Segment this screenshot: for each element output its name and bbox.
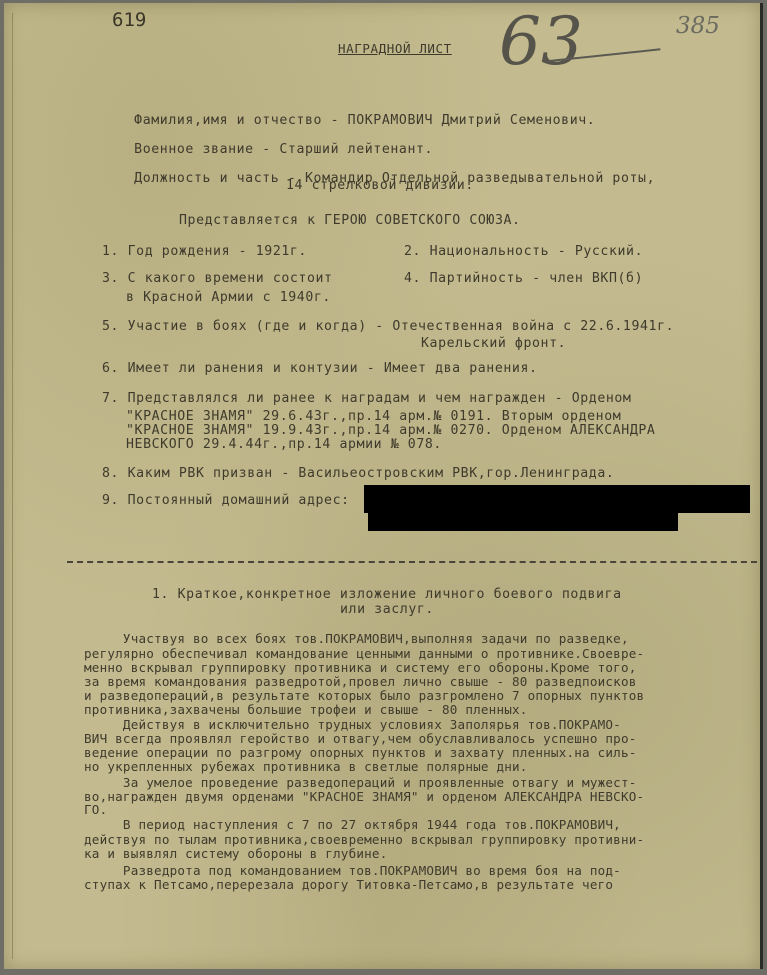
award-sheet-page: 619 НАГРАДНОЙ ЛИСТ 63 385 Фамилия,имя и … xyxy=(4,3,763,969)
nomination-line: Представляется к ГЕРОЮ СОВЕТСКОГО СОЮЗА. xyxy=(179,213,521,228)
narrative-line: менно вскрывал группировку противника и … xyxy=(84,660,637,675)
narrative-line: Действуя в исключительно трудных условия… xyxy=(84,717,621,732)
narrative-line: противника,захвачены большие трофеи и св… xyxy=(84,702,528,717)
narrative-line: ка и выявлял систему обороны в глубине. xyxy=(84,846,388,861)
item-7: 7. Представлялся ли ранее к наградам и ч… xyxy=(102,391,631,406)
item-9: 9. Постоянный домашний адрес: xyxy=(102,493,350,508)
item-6: 6. Имеет ли ранения и контузии - Имеет д… xyxy=(102,361,538,376)
field-value: ПОКРАМОВИЧ Дмитрий Семенович. xyxy=(348,113,596,128)
narrative-line: регулярно обеспечивал командование ценны… xyxy=(84,646,644,661)
narrative-line: Разведрота под командованием тов.ПОКРАМО… xyxy=(84,863,621,878)
field-label: Должность и часть xyxy=(134,171,279,186)
handwritten-mark-63: 63 xyxy=(499,3,583,80)
narrative-line: но укрепленных рубежах противника в свет… xyxy=(84,759,528,774)
narrative-line: и разведопераций,в результате которых бы… xyxy=(84,688,644,703)
field-label: Военное звание xyxy=(134,142,254,157)
narrative-line: ведение операции по разгрому опорных пун… xyxy=(84,745,637,760)
redaction-block xyxy=(368,513,678,531)
item-2: 2. Национальность - Русский. xyxy=(404,244,643,259)
narrative-line: за время командования разведротой,провел… xyxy=(84,674,637,689)
section-heading-cont: или заслуг. xyxy=(340,602,434,617)
item-5: 5. Участие в боях (где и когда) - Отечес… xyxy=(102,319,674,334)
narrative-line: во,награжден двумя орденами "КРАСНОЕ ЗНА… xyxy=(84,789,644,804)
item-7-line: "КРАСНОЕ ЗНАМЯ" 19.9.43г.,пр.14 арм.№ 02… xyxy=(126,423,655,438)
document-title: НАГРАДНОЙ ЛИСТ xyxy=(338,41,452,56)
sheet-number: 619 xyxy=(112,13,146,28)
section-divider xyxy=(67,561,757,563)
field-value: Старший лейтенант. xyxy=(279,142,433,157)
redaction-block xyxy=(364,485,750,513)
narrative-line: В период наступления с 7 по 27 октября 1… xyxy=(84,817,621,832)
handwritten-mark-385: 385 xyxy=(676,13,720,39)
item-5-cont: Карельский фронт. xyxy=(421,336,566,351)
narrative-line: Участвуя во всех боях тов.ПОКРАМОВИЧ,вып… xyxy=(84,631,629,646)
narrative-line: ВИЧ всегда проявлял геройство и отвагу,ч… xyxy=(84,731,637,746)
item-8: 8. Каким РВК призван - Васильеостровским… xyxy=(102,466,614,481)
field-label: Фамилия,имя и отчество xyxy=(134,113,322,128)
narrative-line: ступах к Петсамо,перерезала дорогу Титов… xyxy=(84,877,613,892)
section-heading: 1. Краткое,конкретное изложение личного … xyxy=(152,587,622,602)
item-7-line: НЕВСКОГО 29.4.44г.,пр.14 армии № 078. xyxy=(126,437,442,452)
item-3: 3. С какого времени состоит xyxy=(102,271,333,286)
narrative-line: действуя по тылам противника,своевременн… xyxy=(84,832,644,847)
item-1: 1. Год рождения - 1921г. xyxy=(102,244,307,259)
narrative-line: За умелое проведение разведопераций и пр… xyxy=(84,775,637,790)
item-4: 4. Партийность - член ВКП(б) xyxy=(404,271,643,286)
field-position-cont: 14 стрелковой дивизии. xyxy=(286,178,474,193)
item-7-line: "КРАСНОЕ ЗНАМЯ" 29.6.43г.,пр.14 арм.№ 01… xyxy=(126,409,621,424)
item-3-cont: в Красной Армии с 1940г. xyxy=(126,290,331,305)
narrative-line: ГО. xyxy=(84,802,107,817)
margin-line xyxy=(12,13,13,959)
